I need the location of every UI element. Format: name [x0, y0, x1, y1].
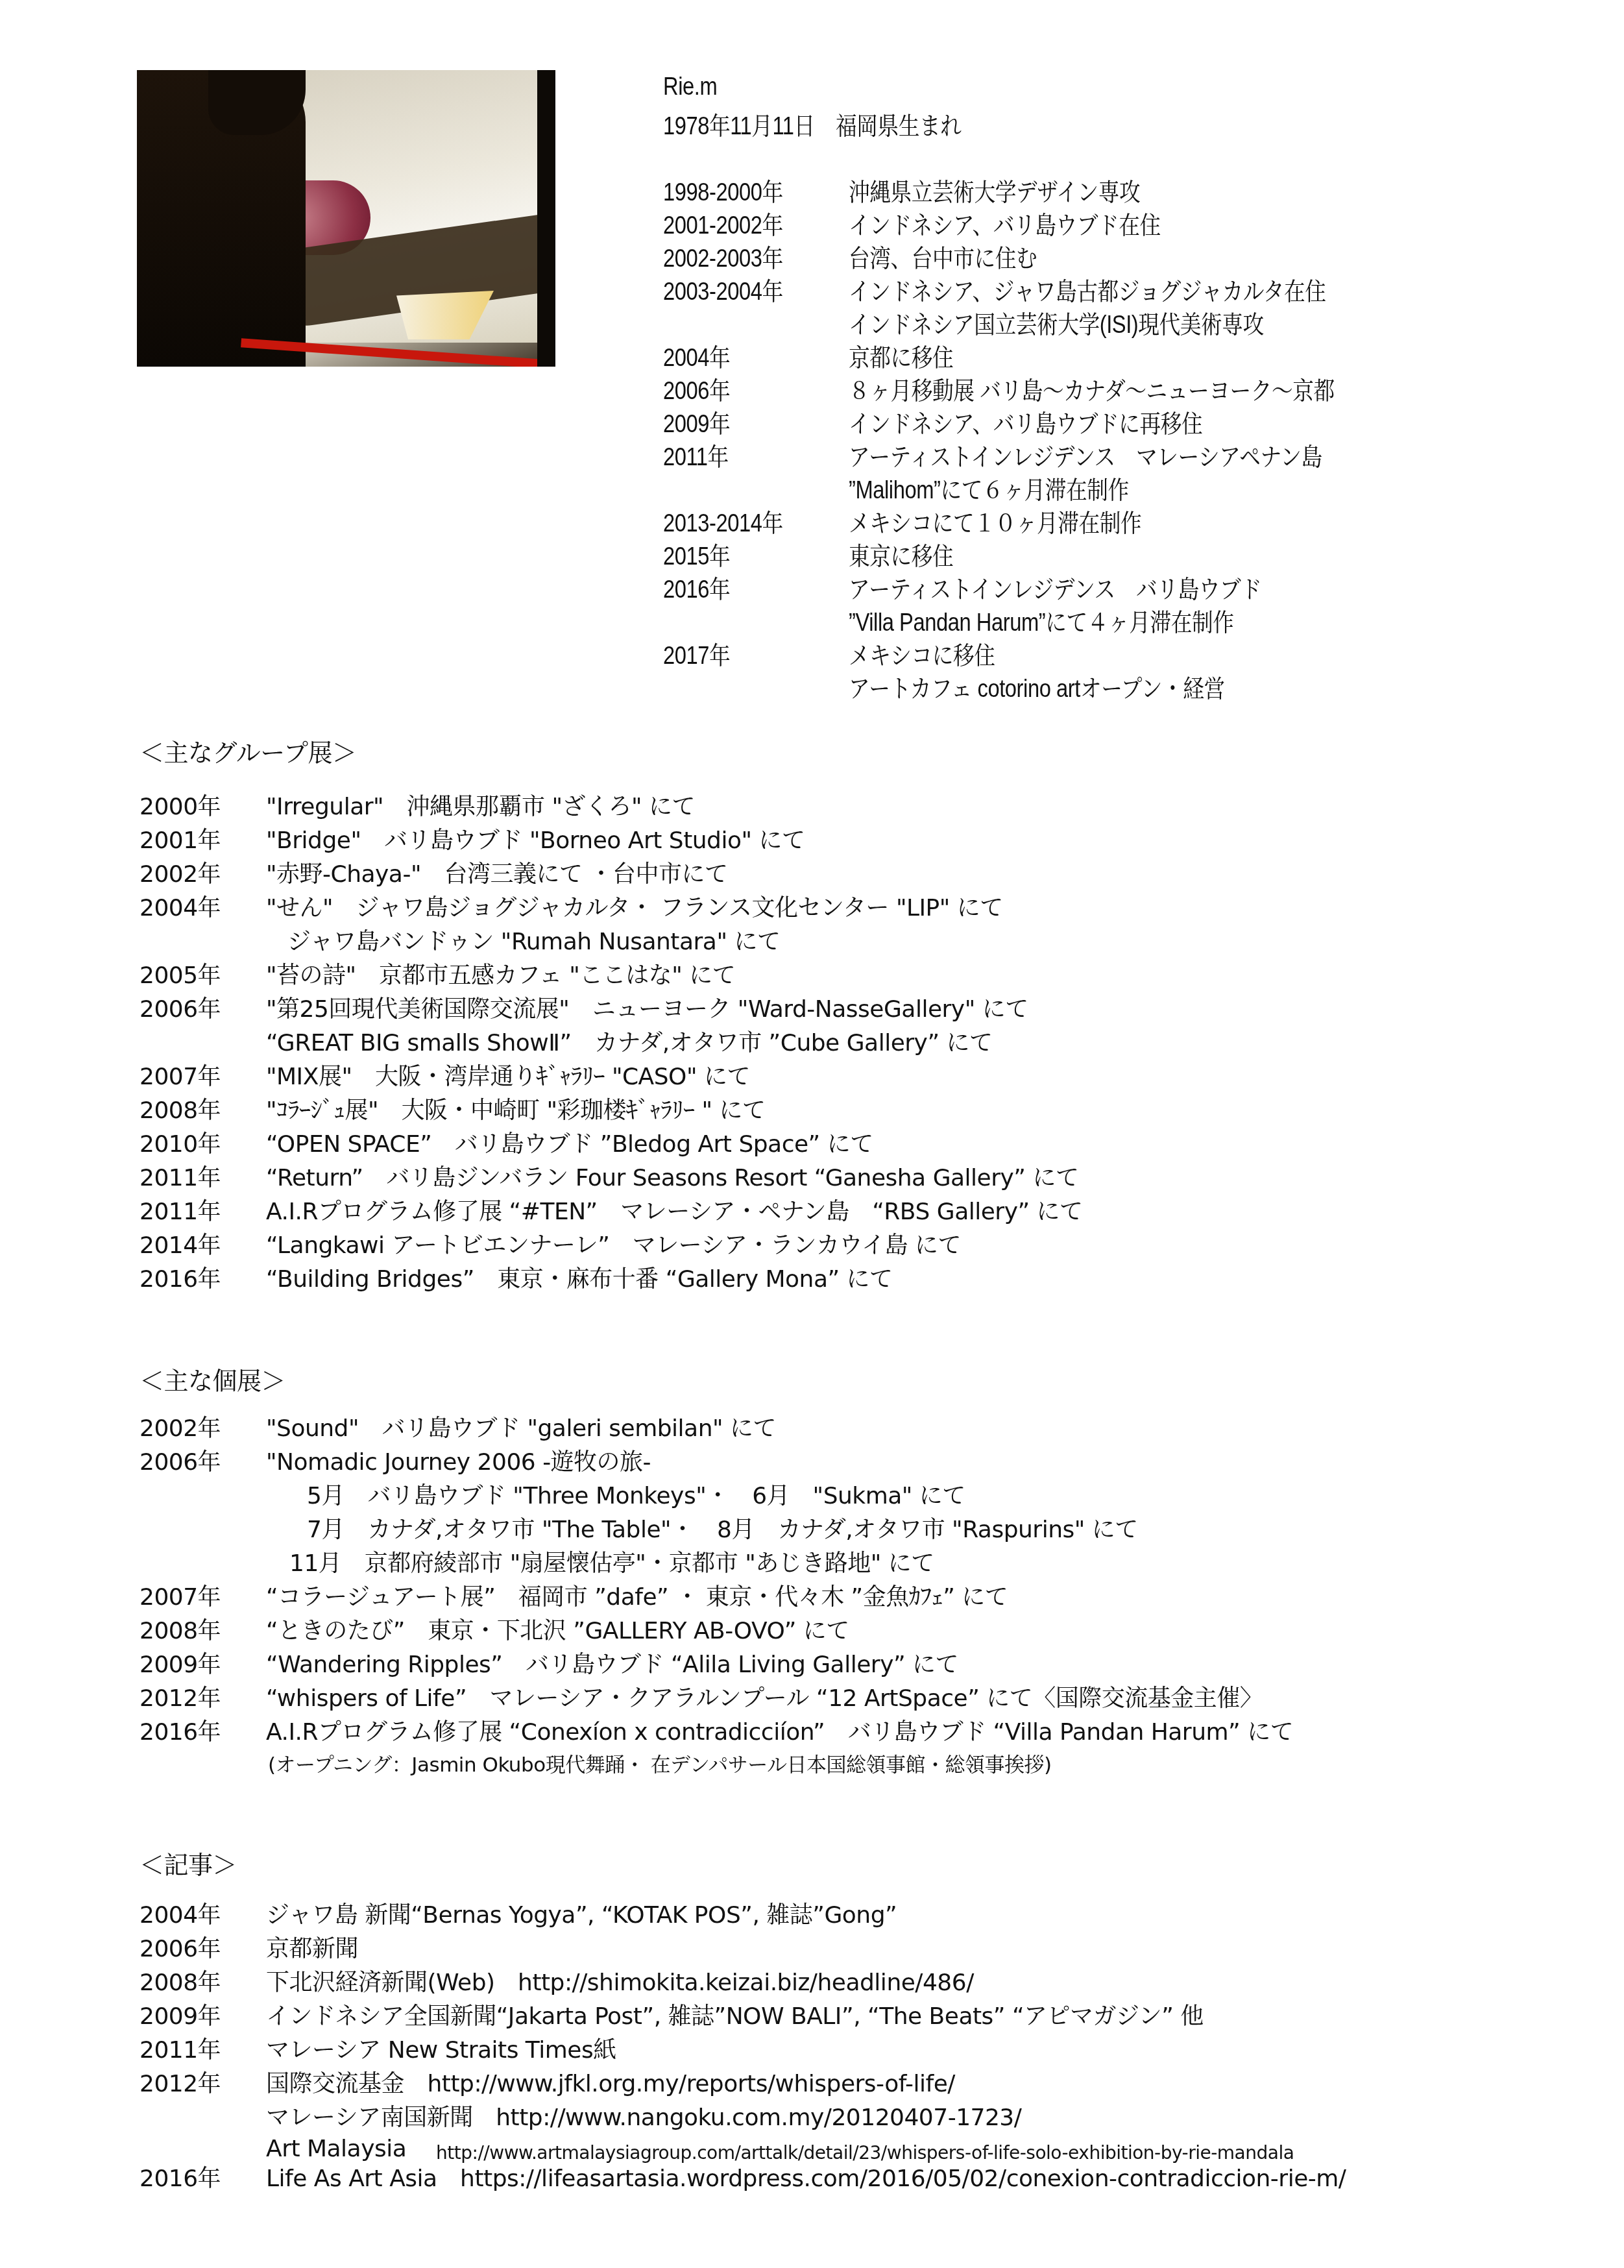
- article-year: 2008年: [139, 1969, 221, 1997]
- solo-year: 2002年: [139, 1415, 221, 1443]
- bio-text: メキシコにて１０ヶ月滞在制作: [849, 509, 1141, 538]
- bio-year: 2017年: [663, 642, 730, 670]
- bio-year: 2006年: [663, 377, 730, 406]
- bio-year: 2009年: [663, 410, 730, 439]
- solo-text: “whispers of Life” マレーシア・クアラルンプール “12 Ar…: [266, 1685, 1263, 1713]
- group-year: 2016年: [139, 1265, 221, 1294]
- group-text: “Langkawi アートビエンナーレ” マレーシア・ランカウイ島 にて: [266, 1232, 961, 1260]
- artist-name: Rie.m: [663, 73, 717, 101]
- solo-text: “Wandering Ripples” バリ島ウブド “Alila Living…: [266, 1651, 958, 1679]
- group-year: 2011年: [139, 1198, 221, 1226]
- birth-info: 1978年11月11日 福岡県生まれ: [663, 112, 962, 141]
- group-exhibitions-heading: ＜主なグループ展＞: [139, 738, 356, 767]
- bio-year: 2004年: [663, 344, 730, 372]
- bio-text: インドネシア、ジャワ島古都ジョグジャカルタ在住: [849, 278, 1326, 306]
- solo-text: 5月 バリ島ウブド "Three Monkeys"・ 6月 "Sukma" にて: [307, 1482, 965, 1511]
- group-text: "赤野-Chaya-" 台湾三義にて ・台中市にて: [266, 860, 727, 889]
- solo-year: 2009年: [139, 1651, 221, 1679]
- bio-text: 沖縄県立芸術大学デザイン専攻: [849, 178, 1140, 207]
- article-text: マレーシア New Straits Times紙: [266, 2036, 616, 2065]
- bio-text: メキシコに移住: [849, 642, 995, 670]
- bio-year: 2003-2004年: [663, 278, 783, 306]
- bio-text: ８ヶ月移動展 バリ島～カナダ～ニューヨーク～京都: [849, 377, 1335, 406]
- group-text: "第25回現代美術国際交流展" ニューヨーク "Ward-NasseGaller…: [266, 995, 1028, 1024]
- group-year: 2004年: [139, 894, 221, 923]
- article-year: 2011年: [139, 2036, 221, 2065]
- bio-text: インドネシア国立芸術大学(ISI)現代美術専攻: [849, 311, 1264, 339]
- group-year: 2007年: [139, 1063, 221, 1091]
- solo-text: “コラージュアート展” 福岡市 ”dafe” ・ 東京・代々木 ”金魚ｶﾌｪ” …: [266, 1583, 1008, 1612]
- bio-year: 2011年: [663, 443, 729, 472]
- group-text: "MIX展" 大阪・湾岸通りｷﾞｬﾗﾘｰ "CASO" にて: [266, 1063, 750, 1091]
- bio-year: 2002-2003年: [663, 245, 783, 273]
- bio-text: インドネシア、バリ島ウブドに再移住: [849, 410, 1202, 439]
- article-year: 2006年: [139, 1935, 221, 1964]
- group-text: "苔の詩" 京都市五感カフェ "ここはな" にて: [266, 962, 735, 990]
- group-text: "Bridge" バリ島ウブド "Borneo Art Studio" にて: [266, 827, 805, 855]
- solo-text: A.I.Rプログラム修了展 “Conexíon x contradicciíon…: [266, 1718, 1293, 1747]
- bio-text: 東京に移住: [849, 543, 953, 571]
- group-year: 2001年: [139, 827, 221, 855]
- group-text: "ｺﾗｰｼﾞｭ展" 大阪・中崎町 "彩珈楼ｷﾞｬﾗﾘｰ " にて: [266, 1097, 766, 1125]
- bio-text: 台湾、台中市に住む: [849, 245, 1037, 273]
- artist-photo: [137, 70, 555, 367]
- article-year: 2004年: [139, 1901, 221, 1930]
- group-year: 2011年: [139, 1164, 221, 1193]
- bio-year: 2015年: [663, 543, 730, 571]
- group-text: “Return” バリ島ジンバラン Four Seasons Resort “G…: [266, 1164, 1078, 1193]
- group-text: A.I.Rプログラム修了展 “#TEN” マレーシア・ペナン島 “RBS Gal…: [266, 1198, 1083, 1226]
- solo-text: 7月 カナダ,オタワ市 "The Table"・ 8月 カナダ,オタワ市 "Ra…: [307, 1516, 1138, 1544]
- article-text: ジャワ島 新聞“Bernas Yogya”, “KOTAK POS”, 雑誌”G…: [266, 1901, 897, 1930]
- solo-year: 2016年: [139, 1718, 221, 1747]
- bio-text: ”Villa Pandan Harum”にて４ヶ月滞在制作: [849, 609, 1233, 637]
- solo-text: 11月 京都府綾部市 "扇屋懐估亭"・京都市 "あじき路地" にて: [289, 1550, 934, 1578]
- solo-text: "Nomadic Journey 2006 -遊牧の旅-: [266, 1448, 651, 1477]
- article-year: 2009年: [139, 2003, 221, 2031]
- group-year: 2014年: [139, 1232, 221, 1260]
- group-text: ジャワ島バンドゥン "Rumah Nusantara" にて: [287, 928, 780, 957]
- group-year: 2010年: [139, 1130, 221, 1159]
- article-year: 2012年: [139, 2070, 221, 2099]
- bio-text: アートカフェ cotorino artオープン・経営: [849, 675, 1225, 703]
- bio-year: 2013-2014年: [663, 509, 783, 538]
- bio-year: 2001-2002年: [663, 212, 783, 240]
- solo-year: 2006年: [139, 1448, 221, 1477]
- group-year: 2008年: [139, 1097, 221, 1125]
- bio-year: 2016年: [663, 576, 730, 604]
- group-text: “Building Bridges” 東京・麻布十番 “Gallery Mona…: [266, 1265, 893, 1294]
- bio-text: アーティストインレジデンス マレーシアペナン島: [849, 443, 1322, 472]
- group-year: 2006年: [139, 995, 221, 1024]
- article-text[interactable]: 下北沢経済新聞(Web) http://shimokita.keizai.biz…: [266, 1969, 974, 1997]
- bio-year: 1998-2000年: [663, 178, 783, 207]
- article-link[interactable]: http://www.artmalaysiagroup.com/arttalk/…: [436, 2139, 1294, 2167]
- group-text: “GREAT BIG smalls ShowⅡ” カナダ,オタワ市 ”Cube …: [266, 1029, 992, 1058]
- solo-exhibitions-heading: ＜主な個展＞: [139, 1367, 285, 1395]
- group-year: 2002年: [139, 860, 221, 889]
- article-text[interactable]: マレーシア南国新聞 http://www.nangoku.com.my/2012…: [266, 2104, 1021, 2132]
- group-year: 2000年: [139, 793, 221, 822]
- solo-year: 2008年: [139, 1617, 221, 1646]
- bio-text: インドネシア、バリ島ウブド在住: [849, 212, 1161, 240]
- article-source: Art Malaysia: [266, 2135, 406, 2164]
- article-year: 2016年: [139, 2165, 221, 2193]
- article-text[interactable]: Life As Art Asia https://lifeasartasia.w…: [266, 2165, 1346, 2193]
- solo-text: “ときのたび” 東京・下北沢 ”GALLERY AB-OVO” にて: [266, 1617, 849, 1646]
- group-text: "Irregular" 沖縄県那覇市 "ざくろ" にて: [266, 793, 695, 822]
- solo-year: 2012年: [139, 1685, 221, 1713]
- bio-text: 京都に移住: [849, 344, 953, 372]
- group-text: “OPEN SPACE” バリ島ウブド ”Bledog Art Space” に…: [266, 1130, 873, 1159]
- bio-text: ”Malihom”にて６ヶ月滞在制作: [849, 476, 1129, 505]
- group-year: 2005年: [139, 962, 221, 990]
- solo-text: "Sound" バリ島ウブド "galeri sembilan" にて: [266, 1415, 776, 1443]
- photo-dark-edge: [537, 70, 555, 367]
- article-text: 京都新聞: [266, 1935, 358, 1964]
- article-text: インドネシア全国新聞“Jakarta Post”, 雑誌”NOW BALI”, …: [266, 2003, 1204, 2031]
- solo-year: 2007年: [139, 1583, 221, 1612]
- group-text: "せん" ジャワ島ジョグジャカルタ・ フランス文化センター "LIP" にて: [266, 894, 1003, 923]
- articles-heading: ＜記事＞: [139, 1851, 237, 1879]
- bio-text: アーティストインレジデンス バリ島ウブド: [849, 576, 1262, 604]
- solo-note: (オープニング：Jasmin Okubo現代舞踊・ 在デンパサール日本国総領事館…: [268, 1751, 1052, 1779]
- article-text[interactable]: 国際交流基金 http://www.jfkl.org.my/reports/wh…: [266, 2070, 955, 2099]
